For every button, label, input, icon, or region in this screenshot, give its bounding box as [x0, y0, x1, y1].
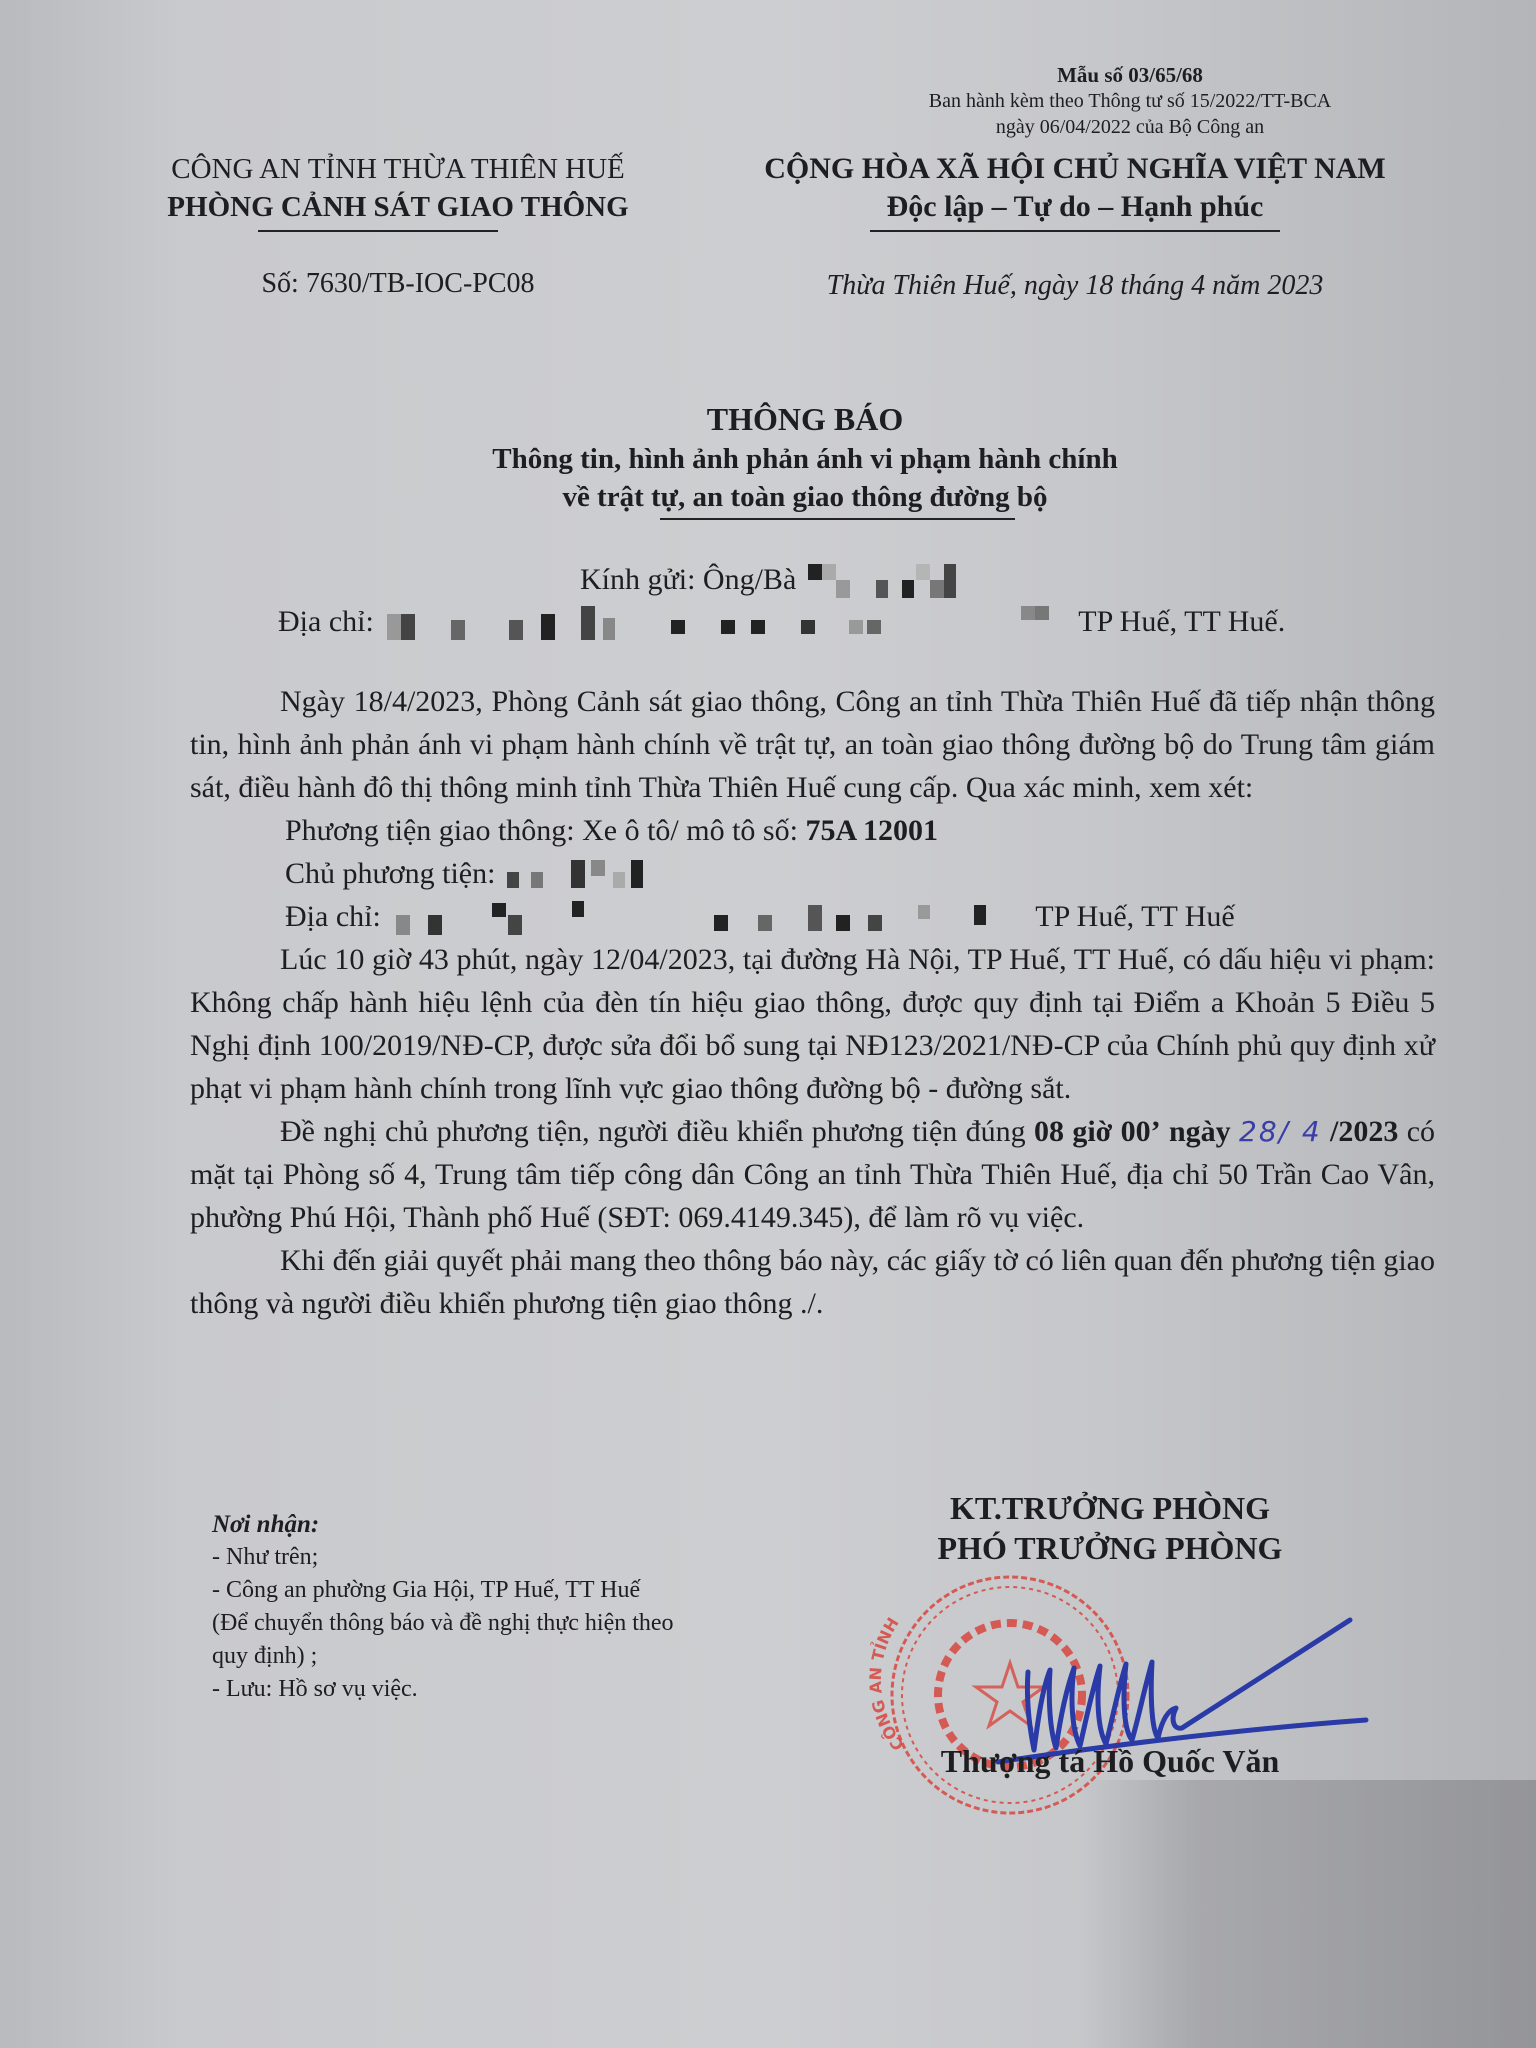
stamp-text: CÔNG AN TỈNH [866, 1614, 908, 1754]
recipient-item: (Để chuyển thông báo và đề nghị thực hiệ… [212, 1607, 674, 1640]
owner-label: Chủ phương tiện: [285, 857, 495, 890]
department-name: PHÒNG CẢNH SÁT GIAO THÔNG [108, 188, 688, 226]
department-underline [258, 230, 498, 232]
redacted-name-block [804, 564, 964, 600]
recipient-item: quy định) ; [212, 1640, 674, 1673]
addressee-line: Kính gửi: Ông/Bà [580, 563, 964, 600]
form-issued-date: ngày 06/04/2022 của Bộ Công an [820, 114, 1440, 140]
recipient-item: - Lưu: Hồ sơ vụ việc. [212, 1673, 674, 1706]
national-motto: Độc lập – Tự do – Hạnh phúc [700, 188, 1450, 226]
vehicle-plate: 75A 12001 [805, 814, 938, 847]
owner-line: Chủ phương tiện: [190, 852, 1435, 895]
recipients-heading: Nơi nhận: [212, 1508, 674, 1541]
redacted-owner-block [503, 858, 673, 894]
recipient-item: - Công an phường Gia Hội, TP Huế, TT Huế [212, 1574, 674, 1607]
title-subtitle-1: Thông tin, hình ảnh phản ánh vi phạm hàn… [380, 440, 1230, 478]
paragraph-bring-documents: Khi đến giải quyết phải mang theo thông … [190, 1239, 1435, 1325]
agency-name: CÔNG AN TỈNH THỪA THIÊN HUẾ [108, 150, 688, 188]
recipients-block: Nơi nhận: - Như trên; - Công an phường G… [212, 1508, 674, 1706]
svg-text:CÔNG AN TỈNH: CÔNG AN TỈNH [866, 1614, 908, 1754]
vehicle-label: Phương tiện giao thông: Xe ô tô/ mô tô s… [285, 814, 798, 847]
addressee-label: Kính gửi: Ông/Bà [580, 563, 796, 596]
summons-text-a: Đề nghị chủ phương tiện, người điều khiể… [280, 1115, 1026, 1148]
document-title: THÔNG BÁO Thông tin, hình ảnh phản ánh v… [380, 398, 1230, 520]
notice-body: Ngày 18/4/2023, Phòng Cảnh sát giao thôn… [190, 680, 1435, 1325]
motto-underline [870, 230, 1280, 232]
form-note: Mẫu số 03/65/68 Ban hành kèm theo Thông … [820, 62, 1440, 140]
signature-title: KT.TRƯỞNG PHÒNG PHÓ TRƯỞNG PHÒNG [880, 1488, 1340, 1568]
signature-title-line-2: PHÓ TRƯỞNG PHÒNG [880, 1528, 1340, 1568]
recipient-item: - Như trên; [212, 1541, 674, 1574]
redacted-address-block [381, 606, 1071, 642]
form-code: Mẫu số 03/65/68 [820, 62, 1440, 88]
signature-title-line-1: KT.TRƯỞNG PHÒNG [880, 1488, 1340, 1528]
address-suffix: TP Huế, TT Huế. [1078, 605, 1285, 638]
owner-address-line: Địa chỉ: TP Huế, TT Huế [190, 895, 1435, 938]
photo-shadow [1080, 1780, 1536, 2048]
owner-address-suffix: TP Huế, TT Huế [1035, 900, 1234, 933]
handwritten-signature-icon [930, 1580, 1370, 1770]
handwritten-date: 28/ 4 [1239, 1115, 1322, 1148]
title-subtitle-2: về trật tự, an toàn giao thông đường bộ [380, 478, 1230, 516]
country-name: CỘNG HÒA XÃ HỘI CHỦ NGHĨA VIỆT NAM [700, 150, 1450, 188]
title-underline [660, 518, 1015, 520]
addressee-address-line: Địa chỉ: TP Huế, TT Huế. [278, 605, 1285, 642]
paragraph-summons: Đề nghị chủ phương tiện, người điều khiể… [190, 1110, 1435, 1239]
summons-time: 08 giờ 00’ [1034, 1115, 1161, 1148]
title-main: THÔNG BÁO [380, 398, 1230, 440]
owner-address-label: Địa chỉ: [285, 900, 381, 933]
vehicle-line: Phương tiện giao thông: Xe ô tô/ mô tô s… [190, 809, 1435, 852]
place-date: Thừa Thiên Huế, ngày 18 tháng 4 năm 2023 [700, 270, 1450, 302]
signer-name: Thượng tá Hồ Quốc Văn [880, 1743, 1340, 1780]
summons-year: /2023 [1330, 1115, 1398, 1148]
redacted-owner-address-block [388, 901, 1028, 937]
paragraph-received: Ngày 18/4/2023, Phòng Cảnh sát giao thôn… [190, 680, 1435, 809]
address-label: Địa chỉ: [278, 605, 374, 638]
form-issued-line: Ban hành kèm theo Thông tư số 15/2022/TT… [820, 88, 1440, 114]
paragraph-violation: Lúc 10 giờ 43 phút, ngày 12/04/2023, tại… [190, 938, 1435, 1110]
summons-day-label: ngày [1169, 1115, 1231, 1148]
issuing-agency: CÔNG AN TỈNH THỪA THIÊN HUẾ PHÒNG CẢNH S… [108, 150, 688, 232]
national-header: CỘNG HÒA XÃ HỘI CHỦ NGHĨA VIỆT NAM Độc l… [700, 150, 1450, 232]
document-number: Số: 7630/TB-IOC-PC08 [108, 268, 688, 300]
